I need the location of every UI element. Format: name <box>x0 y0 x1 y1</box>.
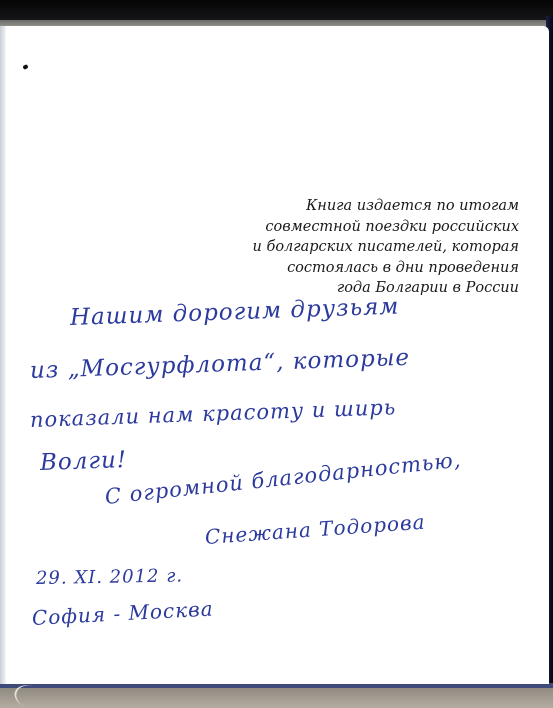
printed-dedication-text: Книга издается по итогам совместной поез… <box>189 196 519 299</box>
printed-line: состоялась в дни проведения <box>189 258 519 279</box>
handwritten-line: Волги! <box>40 447 128 476</box>
scanner-bottom-background <box>0 686 553 708</box>
printed-line: Книга издается по итогам <box>189 196 519 217</box>
handwritten-date: 29. XI. 2012 г. <box>36 565 183 589</box>
page-gutter-shadow <box>0 26 6 684</box>
printed-line: совместной поездки российских <box>189 217 519 238</box>
printed-line: и болгарских писателей, которая <box>189 237 519 258</box>
ink-speck-mark <box>22 64 28 70</box>
